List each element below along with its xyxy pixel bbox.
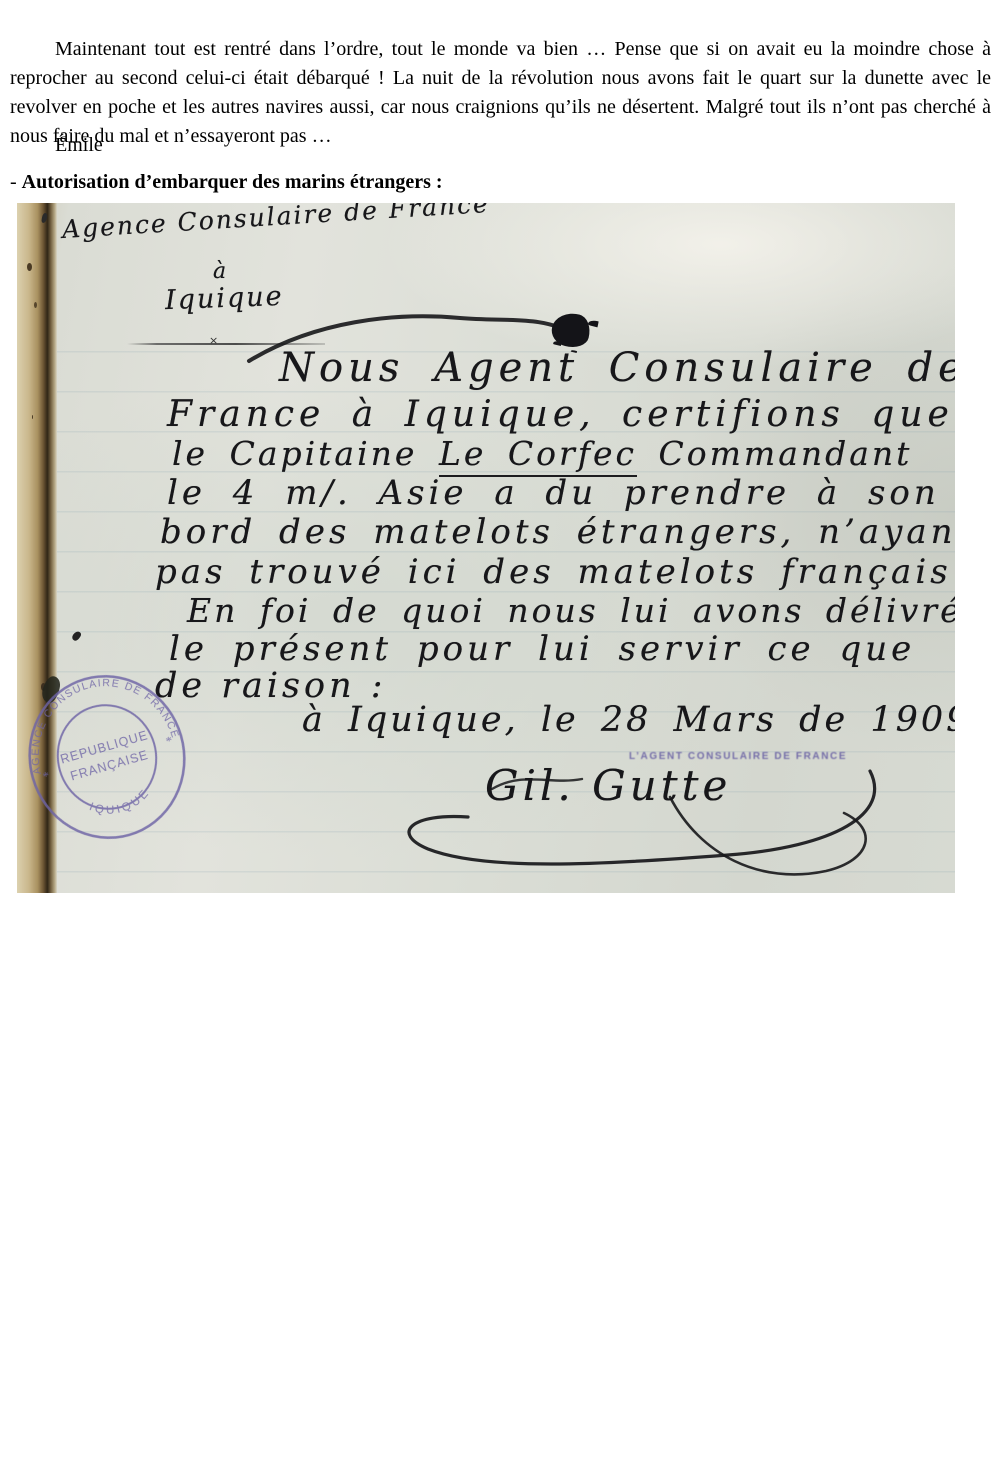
handwriting-line: Nous Agent Consulaire de xyxy=(279,345,955,391)
stamp-star-left: * xyxy=(41,768,51,784)
stamp-arc-bottom-text: IQUIQUE xyxy=(85,784,156,824)
handwriting-line: le 4 m/. Asie a du prendre à son xyxy=(167,473,940,513)
handwriting-line: le présent pour lui servir ce que xyxy=(169,629,915,669)
handwriting-line: En foi de quoi nous lui avons délivré xyxy=(187,591,955,630)
letterhead-agency: Agence Consulaire de France xyxy=(61,203,490,244)
captain-name-underlined: Le Corfec xyxy=(439,434,637,477)
handwriting-line: bord des matelots étrangers, n’ayant xyxy=(160,512,955,552)
handwriting-line: pas trouvé ici des matelots français xyxy=(155,552,952,592)
document-page: Maintenant tout est rentré dans l’ordre,… xyxy=(0,0,1000,1483)
paper-speck xyxy=(27,263,32,271)
section-heading: - Autorisation d’embarquer des marins ét… xyxy=(10,169,443,195)
svg-text:IQUIQUE: IQUIQUE xyxy=(85,784,156,824)
letter-signature: Émile xyxy=(10,131,410,160)
letterhead-city: Iquique xyxy=(164,281,284,316)
agent-signature: Gil. Gutte xyxy=(485,761,731,810)
handwriting-line: le Capitaine Le Corfec Commandant xyxy=(172,434,912,473)
handwriting-line: France à Iquique, certifions que xyxy=(167,394,954,435)
pen-mark: × xyxy=(209,334,219,347)
consular-document-photo: Agence Consulaire de France à Iquique × … xyxy=(17,203,955,893)
handwriting-segment: Commandant xyxy=(637,434,912,473)
heading-label: Autorisation d’embarquer des marins étra… xyxy=(22,171,443,193)
handwriting-segment: le Capitaine xyxy=(172,434,439,473)
heading-dash: - xyxy=(10,171,17,193)
date-line: à Iquique, le 28 Mars de 1909 xyxy=(302,700,955,740)
letterhead-a: à xyxy=(213,259,226,284)
